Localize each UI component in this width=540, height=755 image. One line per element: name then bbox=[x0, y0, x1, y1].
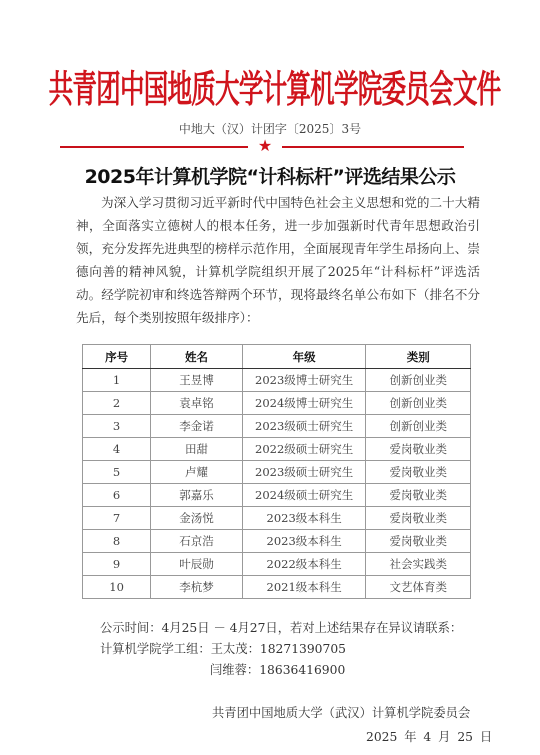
row-category: 爱岗敬业类 bbox=[366, 484, 471, 507]
row-category: 创新创业类 bbox=[366, 415, 471, 438]
row-category: 社会实践类 bbox=[366, 553, 471, 576]
row-number: 7 bbox=[83, 507, 151, 530]
row-name: 李杭梦 bbox=[151, 576, 243, 599]
table-row: 10李杭梦2021级本科生文艺体育类 bbox=[83, 576, 471, 599]
row-number: 2 bbox=[83, 392, 151, 415]
row-name: 郭嘉乐 bbox=[151, 484, 243, 507]
contact-row-1: 计算机学院学工组：王太茂：18271390705 bbox=[100, 639, 462, 660]
row-number: 8 bbox=[83, 530, 151, 553]
document-header-title: 共青团中国地质大学计算机学院委员会文件 bbox=[49, 58, 492, 113]
row-name: 石京浩 bbox=[151, 530, 243, 553]
row-grade: 2022级硕士研究生 bbox=[242, 438, 366, 461]
header-cell-number: 序号 bbox=[83, 345, 151, 369]
header-divider-right bbox=[282, 146, 464, 148]
document-number: 中地大（汉）计团字〔2025〕3号 bbox=[0, 120, 540, 137]
row-grade: 2023级本科生 bbox=[242, 530, 366, 553]
row-grade: 2022级本科生 bbox=[242, 553, 366, 576]
table-row: 2袁卓铭2024级博士研究生创新创业类 bbox=[83, 392, 471, 415]
header-cell-grade: 年级 bbox=[242, 345, 366, 369]
row-number: 9 bbox=[83, 553, 151, 576]
signature-date: 2025 年 4 月 25 日 bbox=[366, 727, 492, 745]
contact-row-2: 闫维蓉：18636416900 bbox=[100, 660, 462, 681]
row-name: 卢耀 bbox=[151, 461, 243, 484]
signature-org: 共青团中国地质大学（武汉）计算机学院委员会 bbox=[212, 703, 470, 721]
row-grade: 2023级博士研究生 bbox=[242, 369, 366, 392]
row-grade: 2024级硕士研究生 bbox=[242, 484, 366, 507]
table-row: 9叶辰勋2022级本科生社会实践类 bbox=[83, 553, 471, 576]
table-header-row: 序号 姓名 年级 类别 bbox=[83, 345, 471, 369]
row-category: 爱岗敬业类 bbox=[366, 461, 471, 484]
row-category: 爱岗敬业类 bbox=[366, 507, 471, 530]
row-number: 3 bbox=[83, 415, 151, 438]
notice-period: 公示时间：4月25日 － 4月27日，若对上述结果存在异议请联系： bbox=[100, 618, 462, 639]
row-name: 田甜 bbox=[151, 438, 243, 461]
row-number: 10 bbox=[83, 576, 151, 599]
row-number: 4 bbox=[83, 438, 151, 461]
table-row: 3李金诺2023级硕士研究生创新创业类 bbox=[83, 415, 471, 438]
row-name: 王昱博 bbox=[151, 369, 243, 392]
results-table: 序号 姓名 年级 类别 1王昱博2023级博士研究生创新创业类2袁卓铭2024级… bbox=[82, 344, 471, 599]
row-grade: 2023级硕士研究生 bbox=[242, 415, 366, 438]
row-category: 爱岗敬业类 bbox=[366, 530, 471, 553]
contact-name: 王太茂 bbox=[211, 642, 248, 656]
contact-phone: 18636416900 bbox=[259, 663, 345, 677]
row-name: 叶辰勋 bbox=[151, 553, 243, 576]
row-name: 金汤悦 bbox=[151, 507, 243, 530]
row-name: 李金诺 bbox=[151, 415, 243, 438]
page-title: 2025年计算机学院“计科标杆”评选结果公示 bbox=[0, 162, 540, 189]
notice-section: 公示时间：4月25日 － 4月27日，若对上述结果存在异议请联系： 计算机学院学… bbox=[100, 618, 462, 681]
contact-label: 计算机学院学工组： bbox=[100, 642, 211, 656]
row-name: 袁卓铭 bbox=[151, 392, 243, 415]
row-grade: 2023级本科生 bbox=[242, 507, 366, 530]
row-grade: 2023级硕士研究生 bbox=[242, 461, 366, 484]
row-grade: 2021级本科生 bbox=[242, 576, 366, 599]
contact-phone: 18271390705 bbox=[260, 642, 346, 656]
row-number: 1 bbox=[83, 369, 151, 392]
star-icon: ★ bbox=[256, 137, 274, 155]
intro-paragraph: 为深入学习贯彻习近平新时代中国特色社会主义思想和党的二十大精神，全面落实立德树人… bbox=[76, 191, 480, 329]
header-cell-category: 类别 bbox=[366, 345, 471, 369]
contact-name: 闫维蓉 bbox=[210, 663, 247, 677]
table-row: 7金汤悦2023级本科生爱岗敬业类 bbox=[83, 507, 471, 530]
header-divider-left bbox=[60, 146, 248, 148]
table-row: 4田甜2022级硕士研究生爱岗敬业类 bbox=[83, 438, 471, 461]
row-number: 5 bbox=[83, 461, 151, 484]
table-row: 1王昱博2023级博士研究生创新创业类 bbox=[83, 369, 471, 392]
row-category: 文艺体育类 bbox=[366, 576, 471, 599]
table-row: 8石京浩2023级本科生爱岗敬业类 bbox=[83, 530, 471, 553]
header-cell-name: 姓名 bbox=[151, 345, 243, 369]
row-category: 爱岗敬业类 bbox=[366, 438, 471, 461]
row-category: 创新创业类 bbox=[366, 369, 471, 392]
row-category: 创新创业类 bbox=[366, 392, 471, 415]
row-grade: 2024级博士研究生 bbox=[242, 392, 366, 415]
row-number: 6 bbox=[83, 484, 151, 507]
table-row: 6郭嘉乐2024级硕士研究生爱岗敬业类 bbox=[83, 484, 471, 507]
table-row: 5卢耀2023级硕士研究生爱岗敬业类 bbox=[83, 461, 471, 484]
